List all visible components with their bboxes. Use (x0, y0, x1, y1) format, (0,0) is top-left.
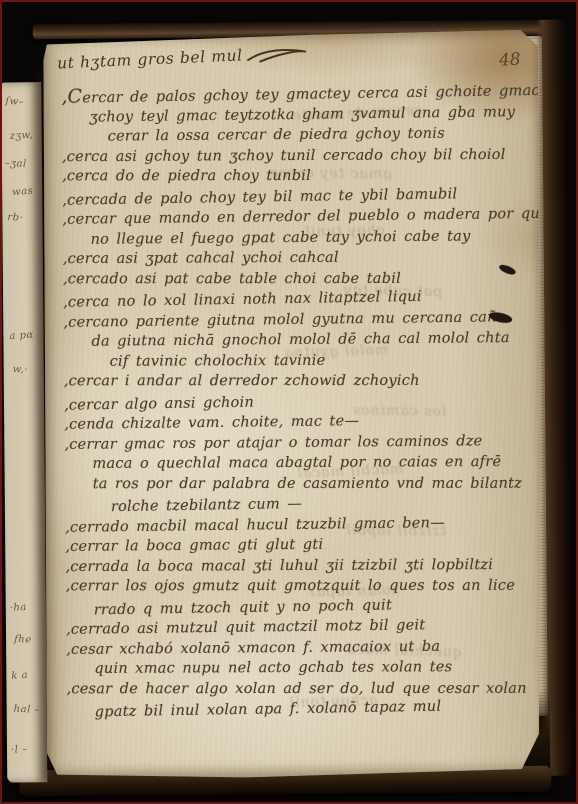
manuscript-lines: ‚Cercar de palos gchoy tey gmactey cerca… (61, 82, 518, 721)
manuscript-line: no llegue el fuego gpat cabe tay ychoi c… (90, 226, 513, 250)
manuscript-line: ‚cerrar la boca gmac gti glut gti (65, 533, 516, 557)
previous-page-text-fragment: rb· (7, 212, 23, 224)
manuscript-line: cerar la ossa cercar de piedra gchoy ton… (108, 123, 513, 147)
page-number: 48 (498, 49, 521, 70)
manuscript-line: quin xmac nupu nel acto gchab tes xolan … (94, 657, 517, 680)
header-annotation-text: ut hʒtam gros bel mul (57, 46, 243, 72)
previous-page-text-fragment: k a (11, 670, 28, 682)
manuscript-line: ‚cerrada la boca macal ʒti luhul ʒii tzi… (65, 554, 516, 577)
pen-flourish-icon (246, 45, 311, 64)
previous-page-text-fragment: fhe (14, 634, 32, 646)
previous-page-text-fragment: ·l – (11, 744, 28, 756)
scanned-manuscript-screenshot: ſw–zʒw,–ʒalwasrb·a pαw,··hafhek ahal –·l… (0, 0, 578, 804)
manuscript-line: ‚cerca asi ʒpat cahcal ychoi cahcal (63, 247, 514, 270)
manuscript-line: cif tavinic cholochix tavinie (110, 349, 515, 371)
previous-page-text-fragment: a pα (9, 330, 34, 342)
previous-page-text-fragment: –ʒal (5, 158, 27, 170)
header-annotation: ut hʒtam gros bel mul (57, 43, 311, 72)
previous-page-text-fragment: w,· (12, 364, 28, 376)
book: ſw–zʒw,–ʒalwasrb·a pαw,··hafhek ahal –·l… (0, 0, 578, 804)
manuscript-line: da giutna nichā gnochol molol dē cha cal… (91, 328, 514, 352)
manuscript-line: ‚cerca asi gchoy tun ʒchoy tunil cercado… (62, 144, 513, 167)
manuscript-page: cercar de montegmac tey cercachoy tunilp… (41, 30, 544, 779)
manuscript-line: maca o quechlal maca abagtal por no caia… (92, 452, 515, 475)
previous-page-text-fragment: ·ha (9, 602, 27, 614)
previous-page-text-fragment: ſw– (5, 96, 24, 108)
